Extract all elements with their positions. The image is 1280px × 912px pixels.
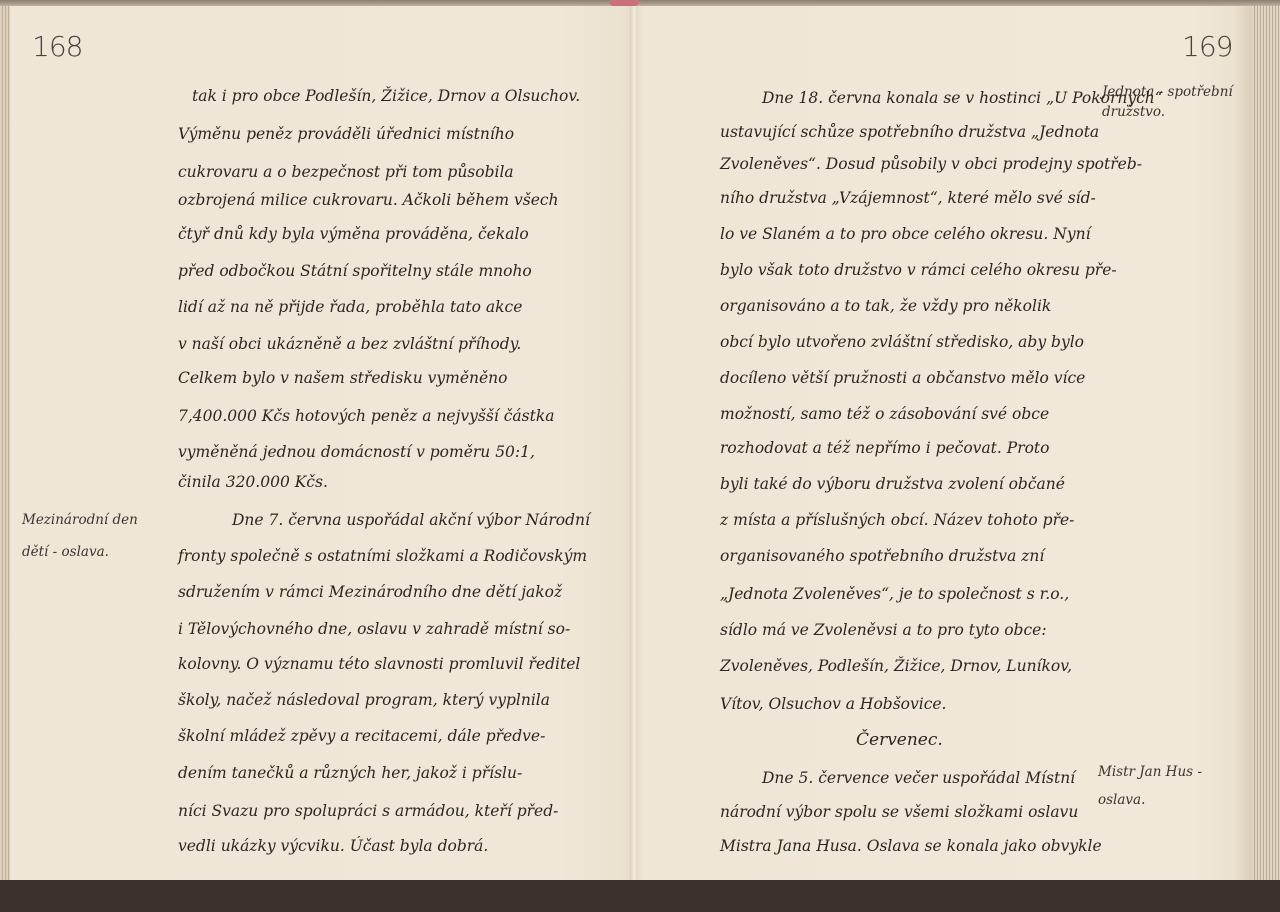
text-line: lidí až na ně přijde řada, proběhla tato… — [178, 297, 522, 317]
margin-note-line: dětí - oslava. — [22, 542, 138, 562]
text-line: „Jednota Zvoleněves“, je to společnost s… — [720, 584, 1069, 604]
margin-note-line: oslava. — [1098, 790, 1202, 810]
right-page-edges — [1252, 6, 1280, 880]
text-line: v naší obci ukázněně a bez zvláštní příh… — [178, 334, 521, 354]
text-line: Zvoleněves“. Dosud působily v obci prode… — [720, 154, 1142, 174]
text-line: Dne 5. července večer uspořádal Místní — [762, 768, 1075, 788]
margin-note-childrens-day: Mezinárodní den dětí - oslava. — [22, 510, 138, 562]
text-line: činila 320.000 Kčs. — [178, 472, 328, 492]
text-line: byli také do výboru družstva zvolení obč… — [720, 474, 1065, 494]
text-line: obcí bylo utvořeno zvláštní středisko, a… — [720, 332, 1084, 352]
text-line: z místa a příslušných obcí. Název tohoto… — [720, 510, 1074, 530]
text-line: Vítov, Olsuchov a Hobšovice. — [720, 694, 946, 714]
page-number-right: 169 — [1182, 30, 1232, 63]
text-line: tak i pro obce Podlešín, Žižice, Drnov a… — [192, 86, 580, 106]
margin-note-jan-hus: Mistr Jan Hus - oslava. — [1098, 762, 1202, 810]
text-line: školy, načež následoval program, který v… — [178, 690, 550, 710]
text-line: sídlo má ve Zvoleněvsi a to pro tyto obc… — [720, 620, 1047, 640]
text-line: dením tanečků a různých her, jakož i pří… — [178, 763, 522, 783]
text-line: 7,400.000 Kčs hotových peněz a nejvyšší … — [178, 406, 554, 426]
text-line: před odbočkou Státní spořitelny stále mn… — [178, 261, 532, 281]
text-line: kolovny. O významu této slavnosti promlu… — [178, 654, 580, 674]
margin-note-line: Mistr Jan Hus - — [1098, 762, 1202, 782]
open-book: 168 Mezinárodní den dětí - oslava. tak i… — [0, 0, 1280, 912]
text-line: ozbrojená milice cukrovaru. Ačkoli během… — [178, 190, 559, 210]
section-heading-cervenec: Červenec. — [856, 730, 943, 750]
text-line: možností, samo též o zásobování své obce — [720, 404, 1049, 424]
right-page: 169 Jednota - spotřební družstvo. Mistr … — [634, 6, 1280, 880]
text-line: Dne 18. června konala se v hostinci „U P… — [762, 88, 1163, 108]
text-line: organisovaného spotřebního družstva zní — [720, 546, 1044, 566]
text-line: školní mládež zpěvy a recitacemi, dále p… — [178, 726, 545, 746]
page-number-left: 168 — [32, 30, 82, 63]
left-page-edges — [0, 6, 10, 880]
text-line: Celkem bylo v našem středisku vyměněno — [178, 368, 508, 388]
text-line: níci Svazu pro spolupráci s armádou, kte… — [178, 801, 558, 821]
book-gutter — [630, 6, 638, 880]
text-line: bylo však toto družstvo v rámci celého o… — [720, 260, 1117, 280]
text-line: národní výbor spolu se všemi složkami os… — [720, 802, 1078, 822]
text-line: vedli ukázky výcviku. Účast byla dobrá. — [178, 836, 488, 856]
text-line: rozhodovat a též nepřímo i pečovat. Prot… — [720, 438, 1050, 458]
text-line: Zvoleněves, Podlešín, Žižice, Drnov, Lun… — [720, 656, 1072, 676]
text-line: sdružením v rámci Mezinárodního dne dětí… — [178, 582, 562, 602]
text-line: fronty společně s ostatními složkami a R… — [178, 546, 587, 566]
text-line: Mistra Jana Husa. Oslava se konala jako … — [720, 836, 1102, 856]
text-line: ního družstva „Vzájemnost“, které mělo s… — [720, 188, 1096, 208]
text-line: docíleno větší pružnosti a občanstvo měl… — [720, 368, 1085, 388]
margin-note-line: Mezinárodní den — [22, 510, 138, 530]
book-bottom-edge — [0, 880, 1280, 912]
text-line: Výměnu peněz prováděli úřednici místního — [178, 124, 514, 144]
text-line: lo ve Slaném a to pro obce celého okresu… — [720, 224, 1091, 244]
text-line: čtyř dnů kdy byla výměna prováděna, čeka… — [178, 224, 529, 244]
left-page: 168 Mezinárodní den dětí - oslava. tak i… — [0, 6, 634, 880]
text-line: organisováno a to tak, že vždy pro někol… — [720, 296, 1051, 316]
text-line: ustavující schůze spotřebního družstva „… — [720, 122, 1099, 142]
text-line: Dne 7. června uspořádal akční výbor Náro… — [232, 510, 590, 530]
text-line: vyměněná jednou domácností v poměru 50:1… — [178, 442, 535, 462]
text-line: i Tělovýchovného dne, oslavu v zahradě m… — [178, 619, 570, 639]
text-line: cukrovaru a o bezpečnost při tom působil… — [178, 162, 514, 182]
